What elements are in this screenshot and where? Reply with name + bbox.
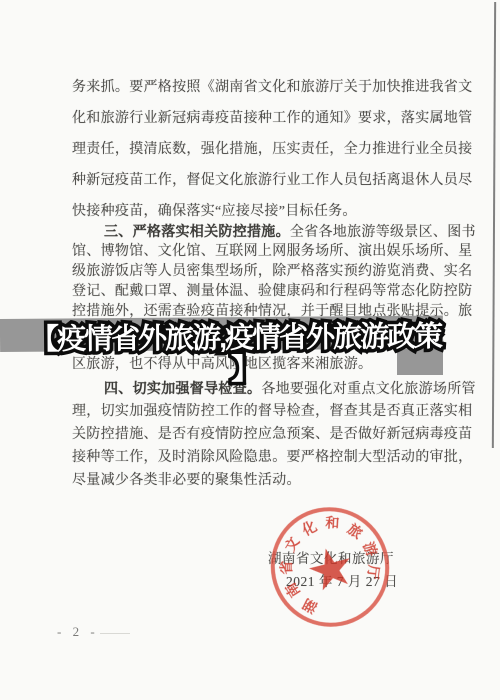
doc-line: 务来抓。要严格按照《湖南省文化和旅游厅关于加快推进我省文 xyxy=(72,79,472,96)
overlay-title-line2: 】 xyxy=(231,347,258,388)
doc-line: 接种等工作，及时消除风险隐患。要严格控制大型活动的审批， xyxy=(72,449,472,466)
doc-line: 三、严格落实相关防控措施。全省各地旅游等级景区、图书 xyxy=(104,223,476,241)
seal-arc-char: 和 xyxy=(323,514,342,533)
doc-line: 化和旅游行业新冠病毒疫苗接种工作的通知》要求，落实属地管 xyxy=(72,110,472,127)
doc-heading-lead: 三、严格落实相关防控措施。 xyxy=(104,223,290,239)
official-seal-stamp: 湖南省文化和旅游厅 xyxy=(250,486,411,647)
doc-line: 种新冠疫苗工作，督促文化旅游行业工作人员包括离退休人员尽 xyxy=(72,172,472,189)
scanned-document-page: 务来抓。要严格按照《湖南省文化和旅游厅关于加快推进我省文化和旅游行业新冠病毒疫苗… xyxy=(0,0,500,700)
doc-line: 登记、配戴口罩、测量体温、验健康码和行程码等常态化防控防 xyxy=(72,283,472,300)
doc-line: 级旅游饭店等人员密集型场所，除严格落实预约游览消费、实名 xyxy=(72,263,472,280)
doc-line: 四、切实加强督导检查。各地要强化对重点文化旅游场所管 xyxy=(104,380,476,398)
doc-line: 区旅游，也不得从中高风险地区揽客来湘旅游。 xyxy=(72,356,372,373)
seal-arc-char: 省 xyxy=(277,558,295,576)
page-fold-mark xyxy=(100,633,130,634)
seal-arc-char: 厅 xyxy=(364,562,384,582)
doc-line: 理责任，摸清底数，强化措施，压实责任，全力推进行业全员接 xyxy=(72,141,472,158)
page-number: - 2 - xyxy=(57,624,99,640)
doc-line: 关防控措施、是否有疫情防控应急预案、是否做好新冠病毒疫苗 xyxy=(72,426,472,443)
doc-line: 馆、博物馆、文化馆、互联网上网服务场所、演出娱乐场所、星 xyxy=(72,243,472,260)
doc-line: 尽量减少各类非必要的聚集性活动。 xyxy=(72,472,301,489)
page-scan-edge-line xyxy=(492,2,496,448)
doc-line: 理，切实加强疫情防控工作的督导检查，督查其是否真正落实相 xyxy=(72,403,472,420)
doc-line: 快接种疫苗，确保落实“应接尽接”目标任务。 xyxy=(72,203,357,220)
